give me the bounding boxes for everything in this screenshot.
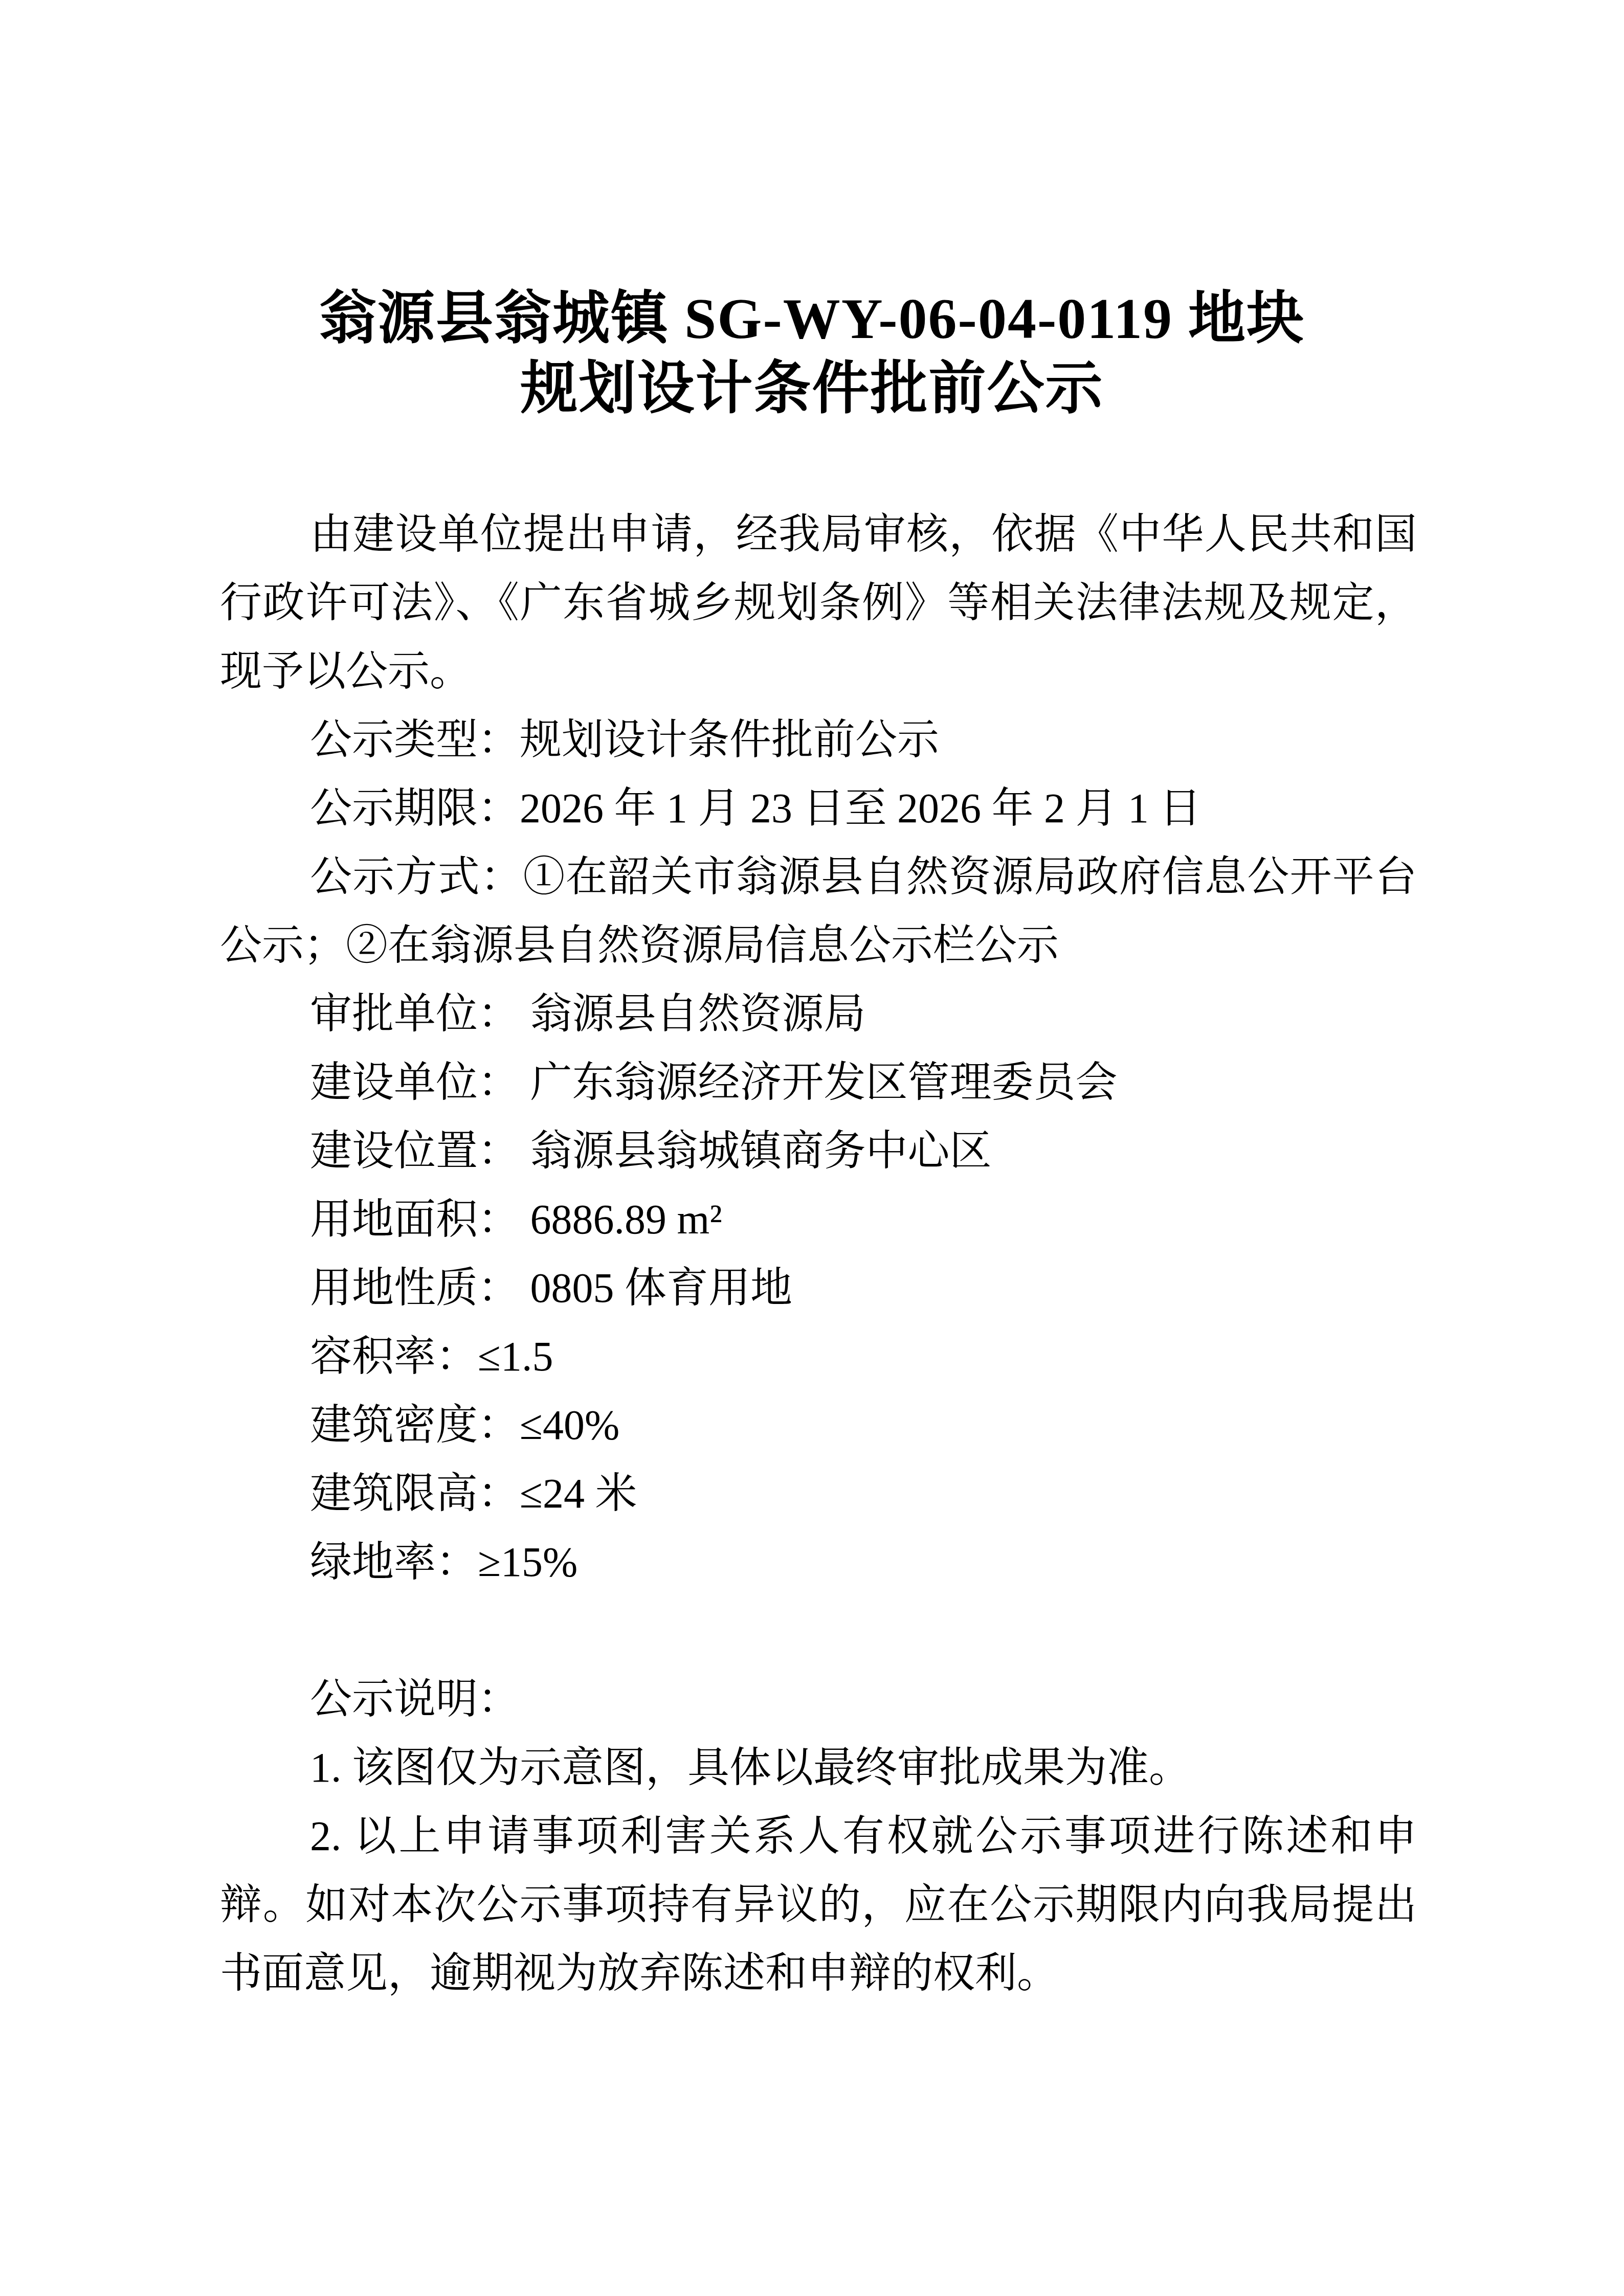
body-line: 用地性质： 0805 体育用地 bbox=[220, 1254, 1417, 1322]
body-line: 1. 该图仅为示意图，具体以最终审批成果为准。 bbox=[220, 1734, 1417, 1802]
body-line: 审批单位： 翁源县自然资源局 bbox=[220, 980, 1417, 1048]
body-line: 建设位置： 翁源县翁城镇商务中心区 bbox=[220, 1117, 1417, 1185]
document-title: 翁源县翁城镇 SG-WY-06-04-0119 地块 规划设计条件批前公示 bbox=[0, 284, 1624, 424]
body-line: 公示类型：规划设计条件批前公示 bbox=[220, 706, 1417, 774]
document-body: 由建设单位提出申请，经我局审核，依据《中华人民共和国行政许可法》、《广东省城乡规… bbox=[220, 500, 1417, 2008]
body-line: 辩。如对本次公示事项持有异议的，应在公示期限内向我局提出 bbox=[220, 1871, 1417, 1939]
title-line-1: 翁源县翁城镇 SG-WY-06-04-0119 地块 bbox=[0, 284, 1624, 354]
body-line: 建筑限高：≤24 米 bbox=[220, 1459, 1417, 1528]
body-line: 公示方式：①在韶关市翁源县自然资源局政府信息公开平台 bbox=[220, 843, 1417, 911]
document-page: 翁源县翁城镇 SG-WY-06-04-0119 地块 规划设计条件批前公示 由建… bbox=[0, 0, 1624, 2296]
body-line: 绿地率：≥15% bbox=[220, 1528, 1417, 1596]
body-line: 行政许可法》、《广东省城乡规划条例》等相关法律法规及规定， bbox=[220, 569, 1417, 637]
body-line: 公示；②在翁源县自然资源局信息公示栏公示 bbox=[220, 911, 1417, 980]
body-line: 建设单位： 广东翁源经济开发区管理委员会 bbox=[220, 1048, 1417, 1117]
body-line: 2. 以上申请事项利害关系人有权就公示事项进行陈述和申 bbox=[220, 1802, 1417, 1871]
blank-line bbox=[220, 1596, 1417, 1665]
body-line: 公示说明： bbox=[220, 1665, 1417, 1734]
body-line: 现予以公示。 bbox=[220, 637, 1417, 706]
body-line: 书面意见，逾期视为放弃陈述和申辩的权利。 bbox=[220, 1939, 1417, 2008]
body-line: 容积率：≤1.5 bbox=[220, 1322, 1417, 1391]
body-line: 公示期限：2026 年 1 月 23 日至 2026 年 2 月 1 日 bbox=[220, 774, 1417, 843]
title-line-2: 规划设计条件批前公示 bbox=[0, 354, 1624, 424]
body-line: 建筑密度：≤40% bbox=[220, 1391, 1417, 1459]
body-line: 由建设单位提出申请，经我局审核，依据《中华人民共和国 bbox=[220, 500, 1417, 569]
body-line: 用地面积： 6886.89 m² bbox=[220, 1185, 1417, 1254]
